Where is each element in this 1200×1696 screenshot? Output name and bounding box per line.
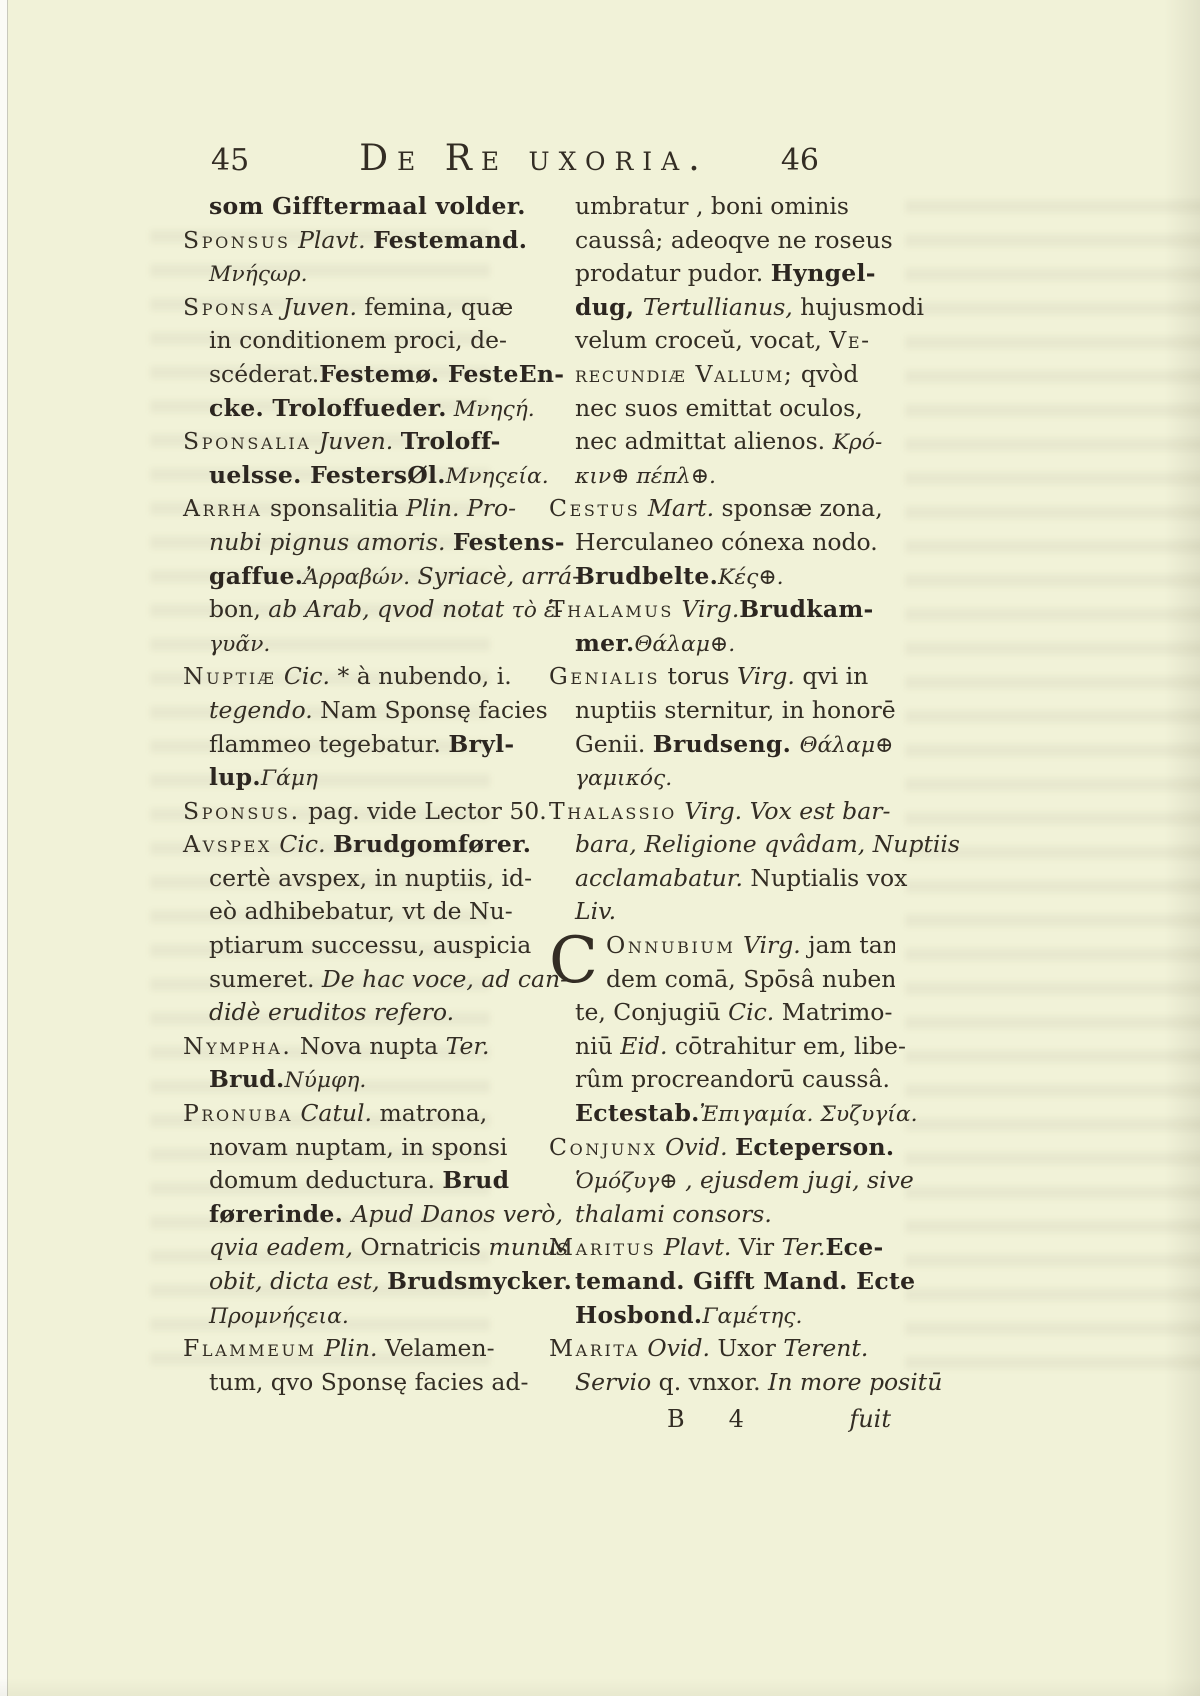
text-segment-rm: Nova nupta — [292, 1032, 445, 1060]
text-segment-it: Virg. — [674, 595, 739, 623]
text-line: γαμικός. — [549, 761, 895, 795]
text-segment-sc: Pronuba — [183, 1099, 293, 1127]
text-segment-fk: Troloff- — [401, 427, 501, 455]
text-segment-sc: Sponsus. — [183, 797, 301, 825]
text-segment-it: tegendo. — [209, 696, 313, 724]
text-line: eò adhibebatur, vt de Nu- — [183, 895, 529, 929]
text-segment-fk: Brudbelte. — [575, 562, 718, 590]
text-segment-rm: eò adhibebatur, vt de Nu- — [209, 897, 513, 925]
text-segment-sc: Avspex — [183, 830, 272, 858]
text-segment-fk: Festens- — [453, 528, 565, 556]
text-segment-fk: dug, — [575, 293, 643, 321]
page-number-left: 45 — [211, 143, 249, 178]
text-segment-rm: velum croceŭ, vocat, — [575, 326, 829, 354]
text-line: Nuptiæ Cic. * à nubendo, i. — [183, 660, 529, 694]
text-line: Genialis torus Virg. qvi in — [549, 660, 895, 694]
text-segment-it: De hac voce, ad can- — [322, 965, 568, 993]
scan-edge-bottom — [0, 1678, 1200, 1696]
text-segment-fk: Ecteperson. — [735, 1133, 894, 1161]
text-line: Cestus Mart. sponsæ zona, — [549, 492, 895, 526]
text-segment-rm: novam nuptam, in sponsi — [209, 1133, 507, 1161]
text-segment-gk: Ἀρραβών. — [303, 565, 410, 590]
text-line: førerinde. Apud Danos verò, — [183, 1198, 529, 1232]
text-line: temand. Gifft Mand. Ecte — [549, 1265, 895, 1299]
text-segment-gk: Ἐπιγαμία. Συζυγία. — [700, 1102, 918, 1127]
text-segment-it: Ter. — [782, 1233, 826, 1261]
text-segment-rm: nec admittat alienos. — [575, 427, 833, 455]
book-page-scan: 45 De Re uxoria. 46 som Gifftermaal vold… — [0, 0, 1200, 1696]
text-segment-rm: nec suos emittat oculos, — [575, 394, 863, 422]
text-segment-rm: jam tan- — [801, 931, 895, 959]
text-line: Sponsus. pag. vide Lector 50. — [183, 795, 529, 829]
text-line: bon, ab Arab, qvod notat τὸ ἐ- — [183, 593, 529, 627]
text-segment-rm: matrona, — [372, 1099, 487, 1127]
text-segment-fk: temand. Gifft Mand. Ecte — [575, 1267, 915, 1295]
text-segment-it: Ovid. — [658, 1133, 736, 1161]
text-line: γυᾶν. — [183, 627, 529, 661]
text-line: dug, Tertullianus, hujusmodi — [549, 291, 895, 325]
text-segment-fk: Brudseng. — [653, 730, 800, 758]
text-line: qvia eadem, Ornatricis munus — [183, 1231, 529, 1265]
text-segment-it: Plavt. — [656, 1233, 731, 1261]
text-segment-it: Juven. — [311, 427, 400, 455]
text-segment-it: Servio — [575, 1368, 659, 1396]
text-segment-gk: Νύμφη. — [284, 1068, 366, 1093]
text-line: flammeo tegebatur. Bryl- — [183, 728, 529, 762]
text-block: som Gifftermaal volder.Sponsus Plavt. Fe… — [183, 190, 893, 1439]
text-segment-rm: domum deductura. — [209, 1166, 442, 1194]
text-segment-rm: Nam Sponsę facies — [313, 696, 548, 724]
text-segment-it: Juven. — [275, 293, 357, 321]
text-segment-it: ab Arab, qvod notat — [268, 595, 511, 623]
text-segment-gk: Προμνήςεια. — [209, 1304, 349, 1329]
text-segment-sc: Nympha. — [183, 1032, 292, 1060]
text-line: κιν⊕ πέπλ⊕. — [549, 459, 895, 493]
text-line: Avspex Cic. Brudgomfører. — [183, 828, 529, 862]
text-segment-fk: Brudsmycker. — [387, 1267, 572, 1295]
text-line: lup.Γάμη — [183, 761, 529, 795]
text-segment-gk: Κρό- — [833, 430, 883, 455]
text-segment-sc: Sponsa — [183, 293, 275, 321]
text-segment-gk: Μνηςεία. — [446, 464, 549, 489]
text-segment-fk: Bryl- — [448, 730, 514, 758]
text-segment-fk: lup. — [209, 763, 261, 791]
text-line: Nympha. Nova nupta Ter. — [183, 1030, 529, 1064]
scan-edge-right — [1164, 0, 1200, 1696]
text-segment-it: Liv. — [575, 897, 616, 925]
text-segment-it: didè eruditos refero. — [209, 998, 454, 1026]
text-segment-rm: cōtrahitur em, libe- — [667, 1032, 905, 1060]
text-segment-gk: Γαμέτης. — [702, 1304, 802, 1329]
text-segment-fk: Festemø. FesteEn- — [319, 360, 564, 388]
text-line: Brud.Νύμφη. — [183, 1063, 529, 1097]
drop-cap-block: COnnubium Virg. jam tan-dem comā, Spōsâ … — [549, 929, 895, 996]
text-segment-rm: Genii. — [575, 730, 653, 758]
text-segment-rm: sponsæ zona, — [714, 494, 883, 522]
text-segment-it: , ejusdem jugi, sive — [678, 1166, 914, 1194]
text-segment-it: nubi pignus amoris. — [209, 528, 453, 556]
drop-cap-letter: C — [549, 933, 598, 989]
text-line: Sponsa Juven. femina, quæ — [183, 291, 529, 325]
text-line: velum croceŭ, vocat, Ve- — [549, 324, 895, 358]
text-segment-gk: Θάλαμ⊕. — [634, 632, 735, 657]
text-segment-fk: Hosbond. — [575, 1301, 702, 1329]
text-line: nuptiis sternitur, in honorē — [549, 694, 895, 728]
text-segment-it: Plin. Pro- — [406, 494, 516, 522]
text-line: Herculaneo cónexa nodo. — [549, 526, 895, 560]
text-segment-scin: Ve- — [829, 326, 870, 354]
text-line: cke. Troloffueder. Μνηςή. — [183, 392, 529, 426]
text-line: obit, dicta est, Brudsmycker. — [183, 1265, 529, 1299]
text-segment-it: Apud Danos verò, — [352, 1200, 563, 1228]
text-line: Thalamus Virg.Brudkam- — [549, 593, 895, 627]
text-segment-it: qvia eadem, — [209, 1233, 360, 1261]
text-segment-it: Terent. — [783, 1334, 868, 1362]
text-line: Servio q. vnxor. In more positū — [549, 1366, 895, 1400]
text-segment-sc: Conjunx — [549, 1133, 658, 1161]
text-line: Pronuba Catul. matrona, — [183, 1097, 529, 1131]
page-title: De Re uxoria. — [359, 138, 708, 179]
text-segment-sc: Genialis — [549, 662, 660, 690]
text-segment-rm: in conditionem proci, de- — [209, 326, 507, 354]
text-line: tegendo. Nam Sponsę facies — [183, 694, 529, 728]
text-line: domum deductura. Brud — [183, 1164, 529, 1198]
text-line: Ὁμόζυγ⊕ , ejusdem jugi, sive — [549, 1164, 895, 1198]
text-segment-it: Virg. Vox est bar- — [677, 797, 891, 825]
text-segment-sc: Nuptiæ — [183, 662, 276, 690]
text-line: bara, Religione qvâdam, Nuptiis — [549, 828, 895, 862]
text-line: som Gifftermaal volder. — [183, 190, 529, 224]
text-line: nec admittat alienos. Κρό- — [549, 425, 895, 459]
text-segment-rm: caussâ; adeoqve ne roseus — [575, 226, 893, 254]
text-segment-it: Plin. — [317, 1334, 378, 1362]
text-line: in conditionem proci, de- — [183, 324, 529, 358]
bleed-through-right — [905, 200, 1200, 1380]
text-segment-it: Ter. — [446, 1032, 490, 1060]
text-segment-rm: torus — [660, 662, 737, 690]
text-segment-scin: recundiæ Vallum; — [575, 360, 793, 388]
text-line: Προμνήςεια. — [183, 1299, 529, 1333]
text-segment-rm: Velamen- — [378, 1334, 495, 1362]
text-segment-gk: Θάλαμ⊕ — [800, 733, 894, 758]
text-segment-gk: Ὁμόζυγ⊕ — [575, 1169, 678, 1194]
text-line: uelsse. FestersØl.Μνηςεία. — [183, 459, 529, 493]
text-line: gaffue.Ἀρραβών. Syriacè, arrá- — [183, 560, 529, 594]
text-segment-fk: Brudgomfører. — [333, 830, 531, 858]
text-line: Conjunx Ovid. Ecteperson. — [549, 1131, 895, 1165]
text-segment-fk: Festemand. — [373, 226, 527, 254]
catchword: fuit — [849, 1399, 891, 1439]
text-segment-gk: Μνηςή. — [447, 397, 535, 422]
text-segment-sc: Flammeum — [183, 1334, 317, 1362]
text-line: Ectestab.Ἐπιγαμία. Συζυγία. — [549, 1097, 895, 1131]
text-segment-rm: Vir — [731, 1233, 781, 1261]
text-segment-rm: scéderat. — [209, 360, 319, 388]
text-segment-gk: κιν⊕ πέπλ⊕. — [575, 464, 716, 489]
text-segment-rm: Ornatricis — [360, 1233, 488, 1261]
text-segment-fk: gaffue. — [209, 562, 303, 590]
text-segment-rm: qvi in — [795, 662, 868, 690]
text-line: thalami consors. — [549, 1198, 895, 1232]
text-segment-rm: Herculaneo cónexa nodo. — [575, 528, 878, 556]
text-segment-it: Cic. — [276, 662, 330, 690]
text-segment-sc: Sponsalia — [183, 427, 311, 455]
text-segment-rm: nuptiis sternitur, in honorē — [575, 696, 896, 724]
text-segment-it: In more positū — [768, 1368, 942, 1396]
signature-line: B4fuit — [549, 1399, 895, 1439]
text-line: niū Eid. cōtrahitur em, libe- — [549, 1030, 895, 1064]
text-segment-it: Tertullianus, — [643, 293, 800, 321]
text-segment-rm: * à nubendo, i. — [330, 662, 512, 690]
text-segment-it: Eid. — [620, 1032, 667, 1060]
text-line: scéderat.Festemø. FesteEn- — [183, 358, 529, 392]
text-segment-it: Virg. — [735, 931, 800, 959]
text-segment-rm: femina, quæ — [357, 293, 513, 321]
text-line: te, Conjugiū Cic. Matrimo- — [549, 996, 895, 1030]
text-segment-rm: te, Conjugiū — [575, 998, 728, 1026]
text-segment-rm: q. vnxor. — [659, 1368, 768, 1396]
text-segment-sc: Thalamus — [549, 595, 674, 623]
text-line: Hosbond.Γαμέτης. — [549, 1299, 895, 1333]
text-segment-rm: Matrimo- — [774, 998, 892, 1026]
text-line: caussâ; adeoqve ne roseus — [549, 224, 895, 258]
text-segment-rm: dem comā, Spōsâ nuben- — [606, 965, 895, 993]
text-segment-sc: Onnubium — [606, 931, 736, 959]
text-segment-sc: Maritus — [549, 1233, 656, 1261]
running-header: 45 De Re uxoria. 46 — [183, 138, 885, 179]
signature-letter: B — [667, 1399, 685, 1439]
text-segment-gk: γαμικός. — [575, 766, 672, 791]
text-segment-gk: Γάμη — [261, 766, 318, 791]
text-line: Sponsus Plavt. Festemand. — [183, 224, 529, 258]
text-segment-sc: Arrha — [183, 494, 263, 522]
text-line: Liv. — [549, 895, 895, 929]
text-line: Μνήςωρ. — [183, 257, 529, 291]
text-segment-rm: niū — [575, 1032, 620, 1060]
text-segment-it: Plavt. — [291, 226, 373, 254]
text-line: Onnubium Virg. jam tan- — [549, 929, 895, 963]
text-segment-rm: prodatur pudor. — [575, 259, 771, 287]
text-segment-fk: som Gifftermaal volder. — [209, 192, 526, 220]
text-segment-fk: førerinde. — [209, 1200, 352, 1228]
text-segment-gk: Κές⊕. — [718, 565, 784, 590]
text-line: Brudbelte.Κές⊕. — [549, 560, 895, 594]
text-segment-fk: Brudkam- — [739, 595, 873, 623]
text-segment-fk: Brud. — [209, 1065, 284, 1093]
text-line: sumeret. De hac voce, ad can- — [183, 963, 529, 997]
text-segment-fk: Ectestab. — [575, 1099, 700, 1127]
text-segment-rm: hujusmodi — [800, 293, 924, 321]
text-column-left: som Gifftermaal volder.Sponsus Plavt. Fe… — [183, 190, 529, 1439]
text-line: rûm procreandorū caussâ. — [549, 1063, 895, 1097]
text-line: Arrha sponsalitia Plin. Pro- — [183, 492, 529, 526]
text-line: Genii. Brudseng. Θάλαμ⊕ — [549, 728, 895, 762]
page-number-right: 46 — [781, 143, 819, 178]
text-line: dem comā, Spōsâ nuben- — [549, 963, 895, 997]
text-segment-rm: sumeret. — [209, 965, 322, 993]
text-segment-sc: Sponsus — [183, 226, 291, 254]
text-segment-rm: certè avspex, in nuptiis, id- — [209, 864, 532, 892]
text-segment-fk: cke. Troloffueder. — [209, 394, 447, 422]
text-line: prodatur pudor. Hyngel- — [549, 257, 895, 291]
text-segment-fk: mer. — [575, 629, 634, 657]
text-line: umbratur , boni ominis — [549, 190, 895, 224]
signature-number: 4 — [729, 1399, 744, 1439]
text-segment-it: obit, dicta est, — [209, 1267, 387, 1295]
text-segment-rm: pag. vide Lector 50. — [301, 797, 547, 825]
text-segment-rm: tum, qvo Sponsę facies ad- — [209, 1368, 528, 1396]
text-line: Sponsalia Juven. Troloff- — [183, 425, 529, 459]
text-line: Maritus Plavt. Vir Ter.Ece- — [549, 1231, 895, 1265]
text-segment-it: Mart. — [640, 494, 714, 522]
text-segment-it: Cic. — [272, 830, 333, 858]
text-segment-it: Ovid. — [640, 1334, 710, 1362]
text-segment-it: thalami consors. — [575, 1200, 772, 1228]
scan-edge-left — [0, 0, 8, 1696]
text-line: tum, qvo Sponsę facies ad- — [183, 1366, 529, 1400]
text-segment-gk: Μνήςωρ. — [209, 262, 308, 287]
text-segment-sc: Marita — [549, 1334, 640, 1362]
text-line: mer.Θάλαμ⊕. — [549, 627, 895, 661]
text-segment-rm: bon, — [209, 595, 268, 623]
text-segment-gk: γυᾶν. — [209, 632, 270, 657]
text-line: nubi pignus amoris. Festens- — [183, 526, 529, 560]
text-segment-it: Cic. — [728, 998, 774, 1026]
text-line: Flammeum Plin. Velamen- — [183, 1332, 529, 1366]
text-segment-it: acclamabatur. — [575, 864, 750, 892]
text-line: certè avspex, in nuptiis, id- — [183, 862, 529, 896]
text-line: recundiæ Vallum; qvòd — [549, 358, 895, 392]
text-segment-fk: Hyngel- — [771, 259, 876, 287]
text-segment-rm: flammeo tegebatur. — [209, 730, 448, 758]
text-segment-sc: Thalassio — [549, 797, 677, 825]
text-line: novam nuptam, in sponsi — [183, 1131, 529, 1165]
text-column-right: umbratur , boni ominiscaussâ; adeoqve ne… — [549, 190, 895, 1439]
text-segment-rm: umbratur , boni ominis — [575, 192, 849, 220]
text-line: nec suos emittat oculos, — [549, 392, 895, 426]
text-line: Marita Ovid. Uxor Terent. — [549, 1332, 895, 1366]
text-segment-it: Virg. — [737, 662, 795, 690]
text-segment-rm: rûm procreandorū caussâ. — [575, 1065, 890, 1093]
text-segment-rm: qvòd — [793, 360, 858, 388]
text-segment-fk: uelsse. FestersØl. — [209, 461, 446, 489]
text-segment-rm: ptiarum successu, auspicia — [209, 931, 531, 959]
text-segment-rm: Uxor — [710, 1334, 783, 1362]
text-segment-fk: Brud — [442, 1166, 509, 1194]
text-segment-fk: Ece- — [825, 1233, 883, 1261]
text-line: didè eruditos refero. — [183, 996, 529, 1030]
text-segment-rm: Nuptialis vox — [750, 864, 907, 892]
text-line: ptiarum successu, auspicia — [183, 929, 529, 963]
text-segment-sc: Cestus — [549, 494, 640, 522]
text-line: Thalassio Virg. Vox est bar- — [549, 795, 895, 829]
text-line: acclamabatur. Nuptialis vox — [549, 862, 895, 896]
text-segment-it: Catul. — [293, 1099, 372, 1127]
text-segment-it: bara, Religione qvâdam, Nuptiis — [575, 830, 960, 858]
text-segment-rm: sponsalitia — [263, 494, 406, 522]
